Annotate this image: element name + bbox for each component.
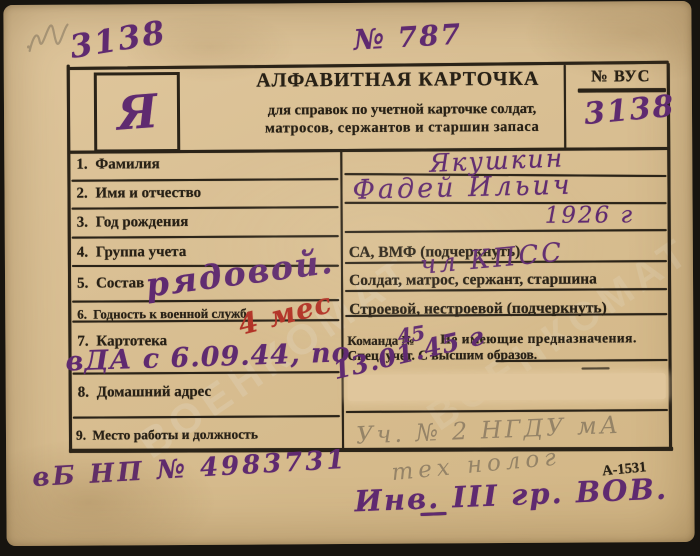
redacted-area: [348, 373, 666, 401]
row4-label: Группа учета: [96, 244, 187, 261]
index-letter-box: Я: [94, 72, 180, 153]
row2-underline-rule: [72, 206, 339, 210]
row2-label: Имя и отчество: [95, 185, 201, 202]
row9-label: Место работы и должность: [92, 427, 258, 443]
card-title: АЛФАВИТНАЯ КАРТОЧКА: [242, 68, 554, 93]
card-subtitle-line2: матросов, сержантов и старшин запаса: [246, 119, 558, 138]
frame-left-rule: [67, 65, 72, 453]
workplace-pencil-note: Уч. № 2 НГДУ мА: [355, 411, 621, 450]
row1-label: Фамилия: [95, 156, 160, 172]
card-paper: ВОЕНКОМАТ ВОЕНКОМАТ 3138 № 787 Я АЛФАВИТ…: [3, 1, 694, 546]
card-number-top: № 787: [353, 17, 463, 56]
row4-number: 4.: [77, 245, 88, 261]
row5-label: Состав: [96, 275, 144, 291]
special-underline-rule: [496, 359, 668, 362]
vus-value: 3138: [583, 90, 668, 132]
row2-number: 2.: [76, 186, 87, 202]
scanned-card-page: ВОЕНКОМАТ ВОЕНКОМАТ 3138 № 787 Я АЛФАВИТ…: [0, 0, 700, 556]
invalid-group-underline-rule: [420, 512, 446, 516]
row1-underline-rule: [71, 178, 338, 182]
row8-underline-rule: [73, 415, 340, 419]
fitness-note-handwritten: 4 мес: [235, 286, 336, 342]
row8-number: 8.: [78, 385, 89, 401]
index-letter: Я: [115, 84, 160, 141]
vus-label: № ВУС: [576, 66, 666, 87]
birth-year-handwritten: 1926 г: [545, 202, 635, 229]
row3-number: 3.: [77, 215, 88, 231]
row3-label: Год рождения: [96, 214, 189, 231]
row8-label: Домашний адрес: [97, 384, 212, 401]
row6-number: 6.: [77, 307, 87, 322]
year-underline-rule: [345, 229, 667, 233]
row3-underline-rule: [72, 235, 339, 239]
row1-number: 1.: [76, 157, 87, 173]
card-subtitle-line1: для справок по учетной карточке солдат,: [246, 101, 558, 120]
header-vus-divider-rule: [564, 65, 567, 149]
row9-number: 9.: [76, 428, 86, 443]
name-patronymic-handwritten: Фадей Ильич: [352, 170, 573, 206]
row5-number: 5.: [77, 276, 88, 292]
short-dash-rule: [582, 367, 610, 369]
column-divider-rule: [340, 150, 344, 449]
